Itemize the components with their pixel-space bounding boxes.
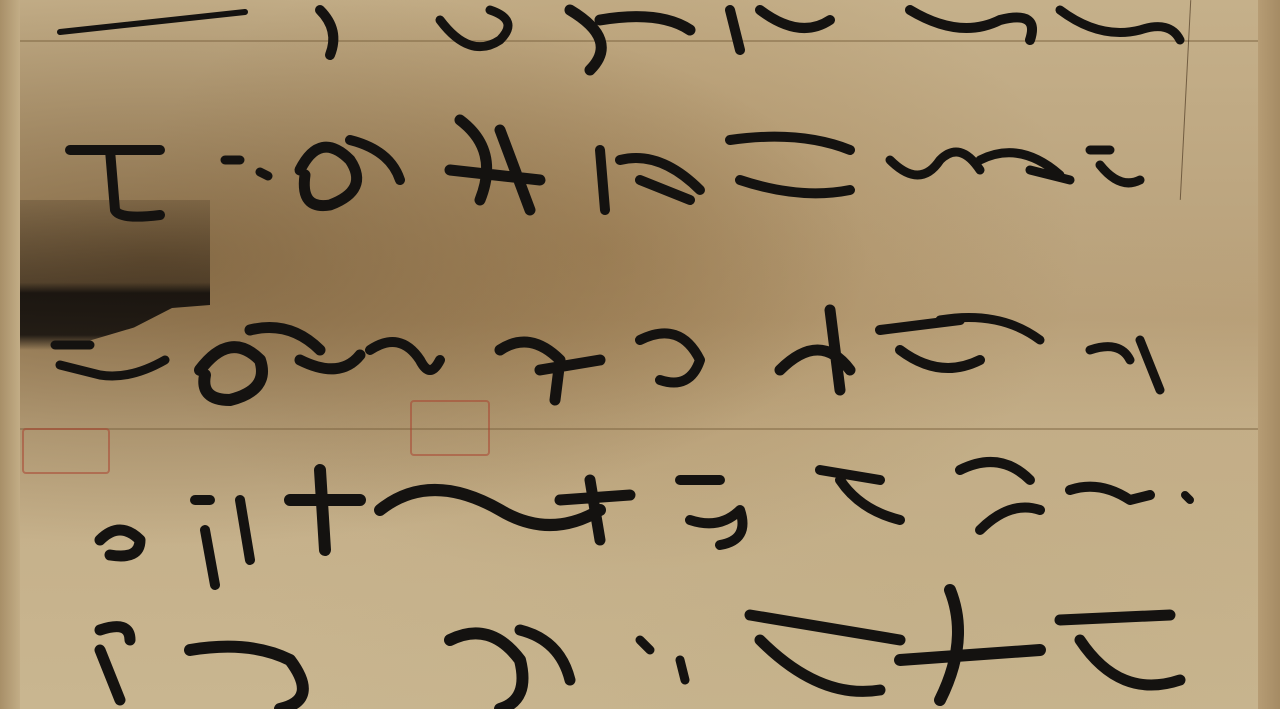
- calligraphy-strokes: [0, 0, 1280, 709]
- calligraphy-scroll-photo: [0, 0, 1280, 709]
